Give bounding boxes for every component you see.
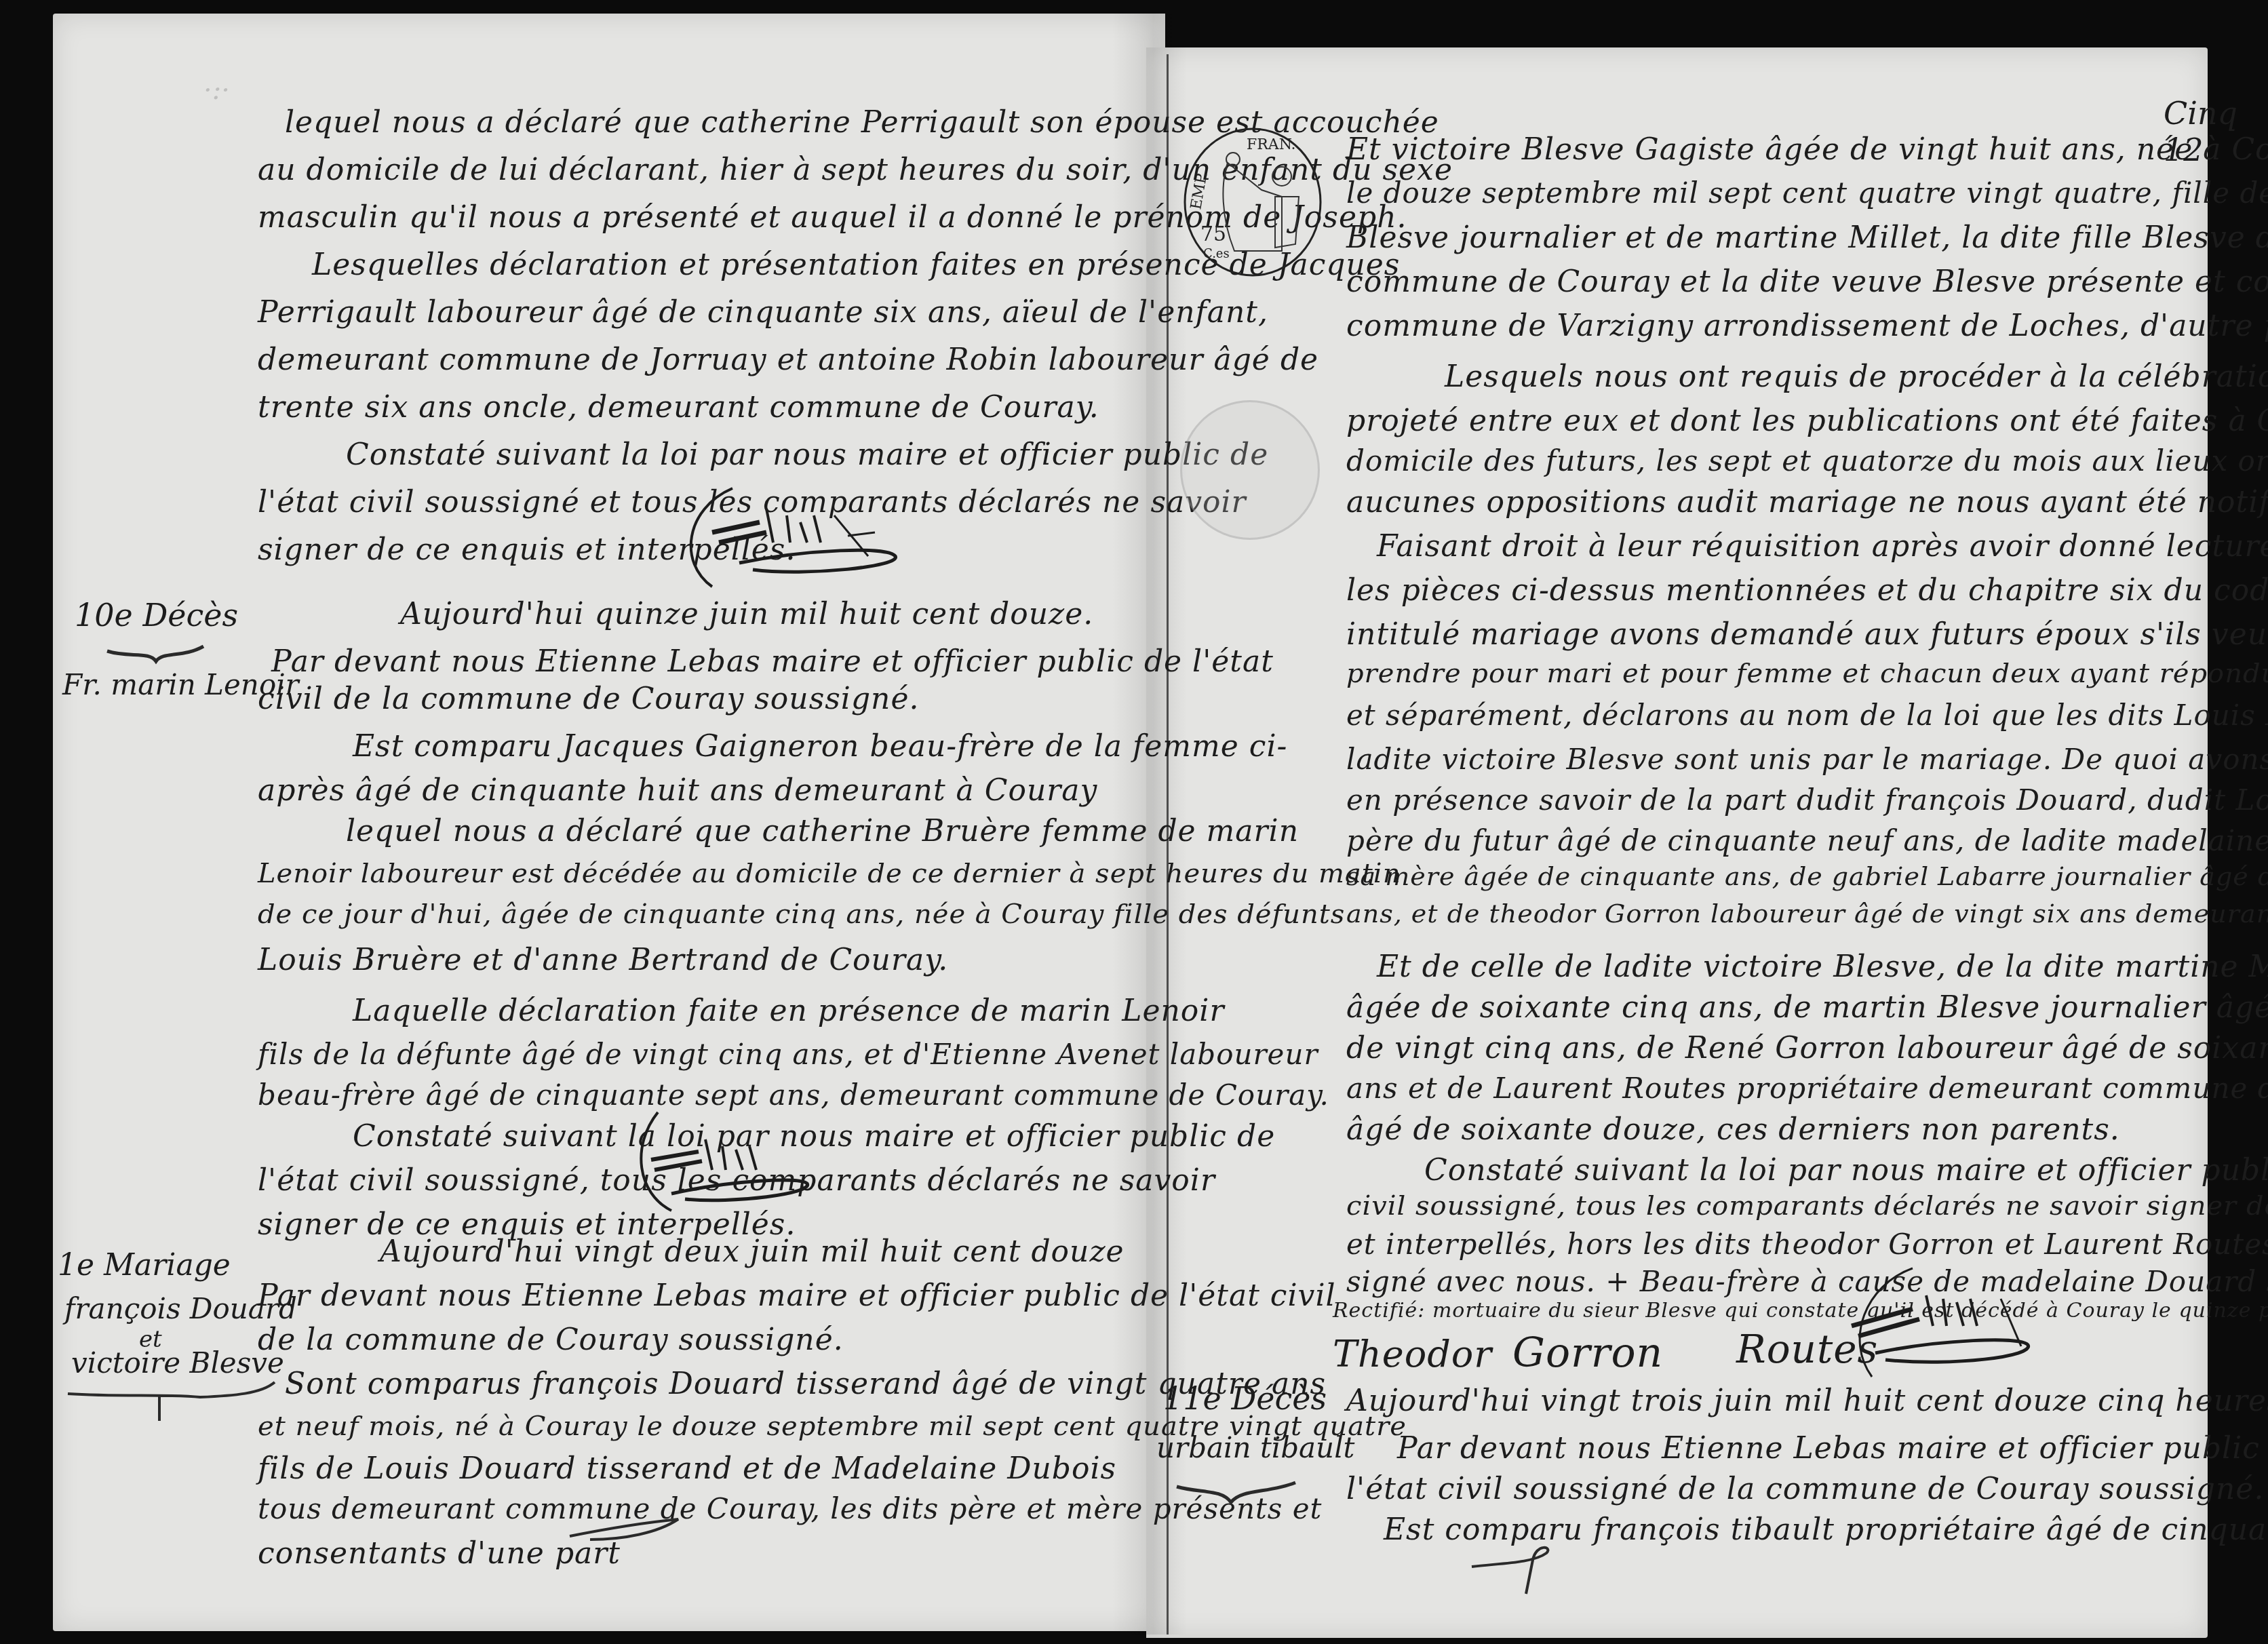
text-line: Laquelle déclaration faite en présence d… <box>353 994 1224 1028</box>
flourish <box>1465 1540 1567 1601</box>
text-line: de ce jour d'hui, âgée de cinquante cinq… <box>258 899 1345 930</box>
text-line: intitulé mariage avons demandé aux futur… <box>1346 617 2268 652</box>
text-line: en présence savoir de la part dudit fran… <box>1346 783 2268 817</box>
margin-act-number: 10e Décès <box>75 597 238 633</box>
text-line: l'état civil soussigné de la commune de … <box>1346 1472 2264 1506</box>
text-line: et séparément, déclarons au nom de la lo… <box>1346 699 2268 732</box>
text-line: Perrigault laboureur âgé de cinquante si… <box>258 295 1268 330</box>
text-line: domicile des futurs, les sept et quatorz… <box>1346 444 2268 477</box>
text-line: le douze septembre mil sept cent quatre … <box>1346 176 2268 210</box>
margin-brace <box>64 1377 281 1424</box>
mayor-signature <box>1824 1258 2109 1394</box>
text-line: Constaté suivant la loi par nous maire e… <box>1424 1153 2268 1188</box>
tax-stamp: FRAN. EMP. 75 C.es <box>1180 122 1326 278</box>
text-line: lequel nous a déclaré que catherine Bruè… <box>346 814 1299 848</box>
stamp-top-text: FRAN. <box>1247 136 1296 153</box>
text-line: Par devant nous Etienne Lebas maire et o… <box>258 1278 1336 1313</box>
text-line: signé avec nous. + Beau-frère à cause de… <box>1346 1265 2268 1298</box>
text-line: Aujourd'hui vingt deux juin mil huit cen… <box>380 1234 1125 1269</box>
text-line: Louis Bruère et d'anne Bertrand de Coura… <box>258 943 948 977</box>
margin-act-number: 1e Mariage <box>58 1248 231 1283</box>
text-line: Blesve journalier et de martine Millet, … <box>1346 220 2268 255</box>
text-line: ladite victoire Blesve sont unis par le … <box>1346 743 2268 776</box>
text-line: Et victoire Blesve Gagiste âgée de vingt… <box>1346 132 2268 167</box>
margin-brace <box>1173 1479 1302 1509</box>
text-line: âgé de soixante douze, ces derniers non … <box>1346 1112 2120 1147</box>
text-line: commune de Couray et la dite veuve Blesv… <box>1346 265 2268 299</box>
text-line: ans, et de theodor Gorron laboureur âgé … <box>1346 899 2268 928</box>
signature-gorron: Gorron <box>1512 1329 1663 1377</box>
mayor-signature <box>624 1099 882 1221</box>
flourish <box>563 1509 699 1570</box>
text-line: Constaté suivant la loi par nous maire e… <box>346 437 1268 472</box>
faint-margin-mark: ·:· <box>203 75 265 115</box>
text-line: Faisant droit à leur réquisition après a… <box>1377 529 2268 564</box>
text-line: Est comparu Jacques Gaigneron beau-frère… <box>353 729 1287 764</box>
mayor-signature <box>671 468 983 597</box>
text-line: père du futur âgé de cinquante neuf ans,… <box>1346 824 2268 857</box>
text-line: après âgé de cinquante huit ans demeuran… <box>258 773 1097 808</box>
text-line: Et de celle de ladite victoire Blesve, d… <box>1377 950 2268 984</box>
text-line: civil de la commune de Couray soussigné. <box>258 682 919 716</box>
text-line: âgée de soixante cinq ans, de martin Ble… <box>1346 990 2268 1025</box>
text-line: prendre pour mari et pour femme et chacu… <box>1346 658 2268 689</box>
text-line: aucunes oppositions audit mariage ne nou… <box>1346 485 2268 520</box>
text-line: trente six ans oncle, demeurant commune … <box>258 390 1099 425</box>
text-line: fils de Louis Douard tisserand et de Mad… <box>258 1451 1116 1486</box>
text-line: Aujourd'hui quinze juin mil huit cent do… <box>400 597 1093 631</box>
margin-deceased-name: urbain tibault <box>1156 1431 1354 1464</box>
text-line: Par devant nous Etienne Lebas maire et o… <box>271 644 1274 679</box>
stamp-unit: C.es <box>1203 247 1230 261</box>
text-line: tous demeurant commune de Couray, les di… <box>258 1492 1322 1525</box>
margin-act-number: 11e Décès <box>1163 1380 1327 1417</box>
text-line: Lenoir laboureur est décédée au domicile… <box>258 858 1401 889</box>
text-line: les pièces ci-dessus mentionnées et du c… <box>1346 573 2268 608</box>
text-line: civil soussigné, tous les comparants déc… <box>1346 1190 2268 1221</box>
margin-bride-name: victoire Blesve <box>71 1346 284 1379</box>
signature-theodor: Theodor <box>1333 1333 1492 1375</box>
text-line: sa mère âgée de cinquante ans, de gabrie… <box>1346 861 2268 891</box>
text-line: et interpellés, hors les dits theodor Go… <box>1346 1228 2268 1261</box>
text-line: de vingt cinq ans, de René Gorron labour… <box>1346 1031 2268 1065</box>
text-line: Aujourd'hui vingt trois juin mil huit ce… <box>1346 1384 2268 1418</box>
blind-embossed-seal <box>1180 400 1320 540</box>
stamp-value: 75 <box>1200 222 1226 246</box>
text-line: de la commune de Couray soussigné. <box>258 1323 844 1357</box>
text-line: Par devant nous Etienne Lebas maire et o… <box>1397 1431 2268 1466</box>
text-line: commune de Varzigny arrondissement de Lo… <box>1346 309 2268 343</box>
text-line: fils de la défunte âgé de vingt cinq ans… <box>258 1038 1318 1071</box>
marginal-correction: Rectifié: mortuaire du sieur Blesve qui … <box>1333 1299 2268 1323</box>
text-line: demeurant commune de Jorruay et antoine … <box>258 342 1318 377</box>
margin-brace <box>102 641 210 668</box>
text-line: ans et de Laurent Routes propriétaire de… <box>1346 1072 2268 1105</box>
text-line: projeté entre eux et dont les publicatio… <box>1346 404 2268 438</box>
text-line: Lesquels nous ont requis de procéder à l… <box>1445 359 2268 394</box>
stamp-left-text: EMP. <box>1188 171 1211 211</box>
